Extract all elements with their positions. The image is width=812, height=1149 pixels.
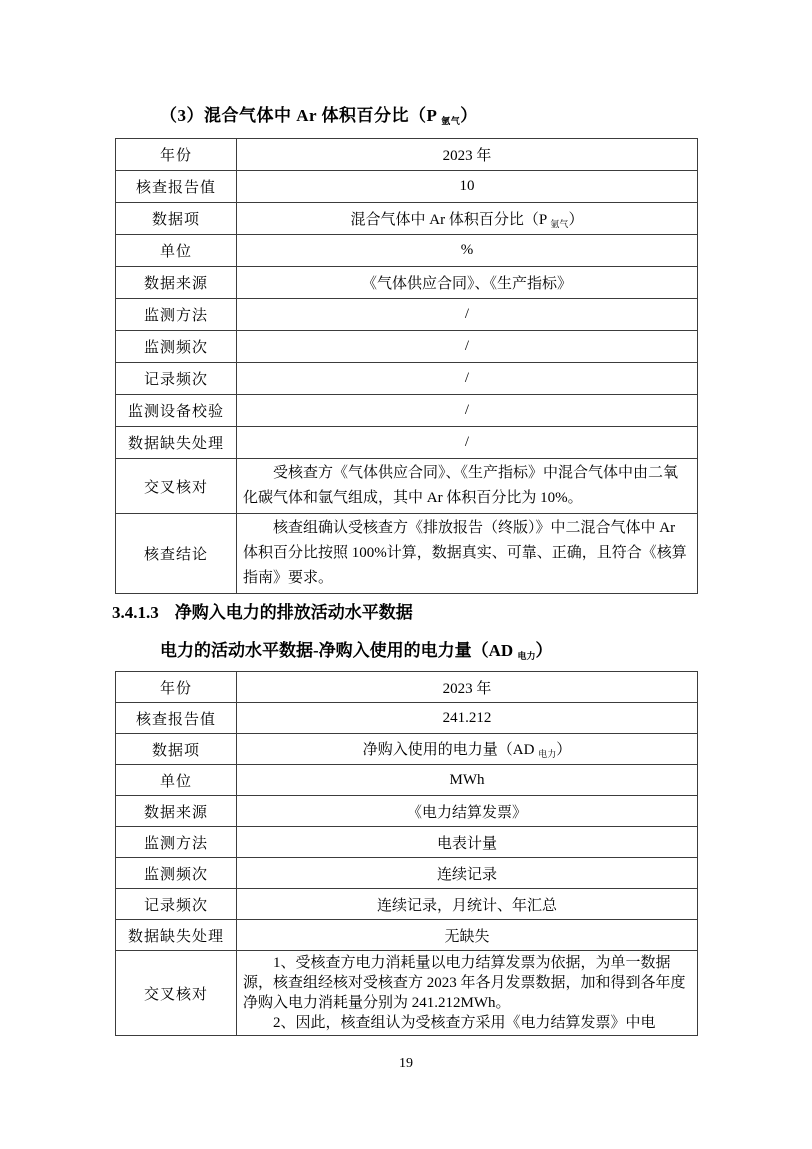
- table-row: 记录频次 /: [116, 363, 698, 395]
- section-heading-3-4-1-3: 3.4.1.3净购入电力的排放活动水平数据: [112, 598, 413, 623]
- subsection-heading-ar-percentage: （3）混合气体中 Ar 体积百分比（P 氩气）: [160, 101, 478, 127]
- value-subscript: 电力: [538, 749, 556, 759]
- table-row: 核查结论 核查组确认受核查方《排放报告（终版）》中二混合气体中 Ar 体积百分比…: [116, 514, 698, 594]
- caption-text: 电力的活动水平数据-净购入使用的电力量（AD: [160, 641, 517, 660]
- row-label: 年份: [116, 672, 237, 703]
- row-label: 记录频次: [116, 363, 237, 395]
- row-value: /: [237, 395, 698, 427]
- row-value: 2023 年: [237, 139, 698, 171]
- row-label: 监测频次: [116, 858, 237, 889]
- value-text: 净购入使用的电力量（AD: [363, 742, 538, 758]
- row-label: 数据来源: [116, 796, 237, 827]
- table-row: 核查报告值 241.212: [116, 703, 698, 734]
- table-row: 单位 %: [116, 235, 698, 267]
- table-caption-electricity: 电力的活动水平数据-净购入使用的电力量（AD 电力）: [160, 636, 552, 662]
- table-row: 监测频次 /: [116, 331, 698, 363]
- row-label: 单位: [116, 235, 237, 267]
- cross-check-paragraph-1: 1、受核查方电力消耗量以电力结算发票为依据，为单一数据源，核查组经核对受核查方 …: [243, 953, 691, 1013]
- data-table-electricity: 年份 2023 年 核查报告值 241.212 数据项 净购入使用的电力量（AD…: [115, 671, 698, 1036]
- caption-suffix: ）: [535, 641, 552, 660]
- row-value: MWh: [237, 765, 698, 796]
- value-suffix: ）: [556, 742, 571, 758]
- row-label: 数据项: [116, 203, 237, 235]
- row-value: 净购入使用的电力量（AD 电力）: [237, 734, 698, 765]
- table-row: 监测频次 连续记录: [116, 858, 698, 889]
- row-value: /: [237, 427, 698, 459]
- row-value: 10: [237, 171, 698, 203]
- row-label: 单位: [116, 765, 237, 796]
- table-row: 单位 MWh: [116, 765, 698, 796]
- row-label: 监测方法: [116, 827, 237, 858]
- cross-check-paragraph-2: 2、因此，核查组认为受核查方采用《电力结算发票》中电: [243, 1013, 691, 1033]
- conclusion-paragraph: 核查组确认受核查方《排放报告（终版）》中二混合气体中 Ar 体积百分比按照 10…: [243, 516, 691, 591]
- table-row: 交叉核对 1、受核查方电力消耗量以电力结算发票为依据，为单一数据源，核查组经核对…: [116, 951, 698, 1036]
- table-row: 数据缺失处理 /: [116, 427, 698, 459]
- table-row: 数据项 净购入使用的电力量（AD 电力）: [116, 734, 698, 765]
- value-subscript: 氩气: [550, 219, 568, 229]
- row-value: 无缺失: [237, 920, 698, 951]
- page-number: 19: [0, 1056, 812, 1072]
- value-suffix: ）: [568, 212, 583, 228]
- row-value: 连续记录: [237, 858, 698, 889]
- heading-subscript: 氩气: [441, 116, 460, 126]
- row-label: 核查报告值: [116, 703, 237, 734]
- row-value: 核查组确认受核查方《排放报告（终版）》中二混合气体中 Ar 体积百分比按照 10…: [237, 514, 698, 594]
- table-row: 交叉核对 受核查方《气体供应合同》、《生产指标》中混合气体中由二氧化碳气体和氩气…: [116, 459, 698, 514]
- table-row: 记录频次 连续记录，月统计、年汇总: [116, 889, 698, 920]
- row-value: 受核查方《气体供应合同》、《生产指标》中混合气体中由二氧化碳气体和氩气组成，其中…: [237, 459, 698, 514]
- section-title: 净购入电力的排放活动水平数据: [175, 603, 413, 622]
- heading-suffix: ）: [460, 106, 478, 125]
- row-label: 年份: [116, 139, 237, 171]
- row-label: 核查结论: [116, 514, 237, 594]
- value-text: 混合气体中 Ar 体积百分比（P: [351, 212, 551, 228]
- data-table-ar-percentage: 年份 2023 年 核查报告值 10 数据项 混合气体中 Ar 体积百分比（P …: [115, 138, 698, 594]
- row-label: 监测方法: [116, 299, 237, 331]
- table-row: 年份 2023 年: [116, 672, 698, 703]
- row-value: 2023 年: [237, 672, 698, 703]
- table-row: 数据项 混合气体中 Ar 体积百分比（P 氩气）: [116, 203, 698, 235]
- row-value: 1、受核查方电力消耗量以电力结算发票为依据，为单一数据源，核查组经核对受核查方 …: [237, 951, 698, 1036]
- table-row: 监测方法 /: [116, 299, 698, 331]
- row-value: 电表计量: [237, 827, 698, 858]
- table-row: 数据来源 《气体供应合同》、《生产指标》: [116, 267, 698, 299]
- row-label: 数据缺失处理: [116, 427, 237, 459]
- row-value: /: [237, 299, 698, 331]
- row-label: 数据项: [116, 734, 237, 765]
- document-page: （3）混合气体中 Ar 体积百分比（P 氩气） 年份 2023 年 核查报告值 …: [0, 0, 812, 1149]
- table-row: 核查报告值 10: [116, 171, 698, 203]
- table-row: 监测设备校验 /: [116, 395, 698, 427]
- row-label: 监测频次: [116, 331, 237, 363]
- row-value: /: [237, 363, 698, 395]
- row-value: 连续记录，月统计、年汇总: [237, 889, 698, 920]
- row-label: 记录频次: [116, 889, 237, 920]
- row-value: 241.212: [237, 703, 698, 734]
- row-label: 监测设备校验: [116, 395, 237, 427]
- row-label: 交叉核对: [116, 459, 237, 514]
- row-value: 混合气体中 Ar 体积百分比（P 氩气）: [237, 203, 698, 235]
- table-row: 年份 2023 年: [116, 139, 698, 171]
- table-row: 数据缺失处理 无缺失: [116, 920, 698, 951]
- table-row: 数据来源 《电力结算发票》: [116, 796, 698, 827]
- table-row: 监测方法 电表计量: [116, 827, 698, 858]
- row-value: 《电力结算发票》: [237, 796, 698, 827]
- row-label: 数据来源: [116, 267, 237, 299]
- row-label: 数据缺失处理: [116, 920, 237, 951]
- row-label: 核查报告值: [116, 171, 237, 203]
- row-label: 交叉核对: [116, 951, 237, 1036]
- row-value: 《气体供应合同》、《生产指标》: [237, 267, 698, 299]
- heading-text: （3）混合气体中 Ar 体积百分比（P: [160, 106, 441, 125]
- section-number: 3.4.1.3: [112, 603, 159, 622]
- row-value: %: [237, 235, 698, 267]
- caption-subscript: 电力: [517, 651, 535, 661]
- row-value: /: [237, 331, 698, 363]
- cross-check-paragraph: 受核查方《气体供应合同》、《生产指标》中混合气体中由二氧化碳气体和氩气组成，其中…: [243, 461, 691, 511]
